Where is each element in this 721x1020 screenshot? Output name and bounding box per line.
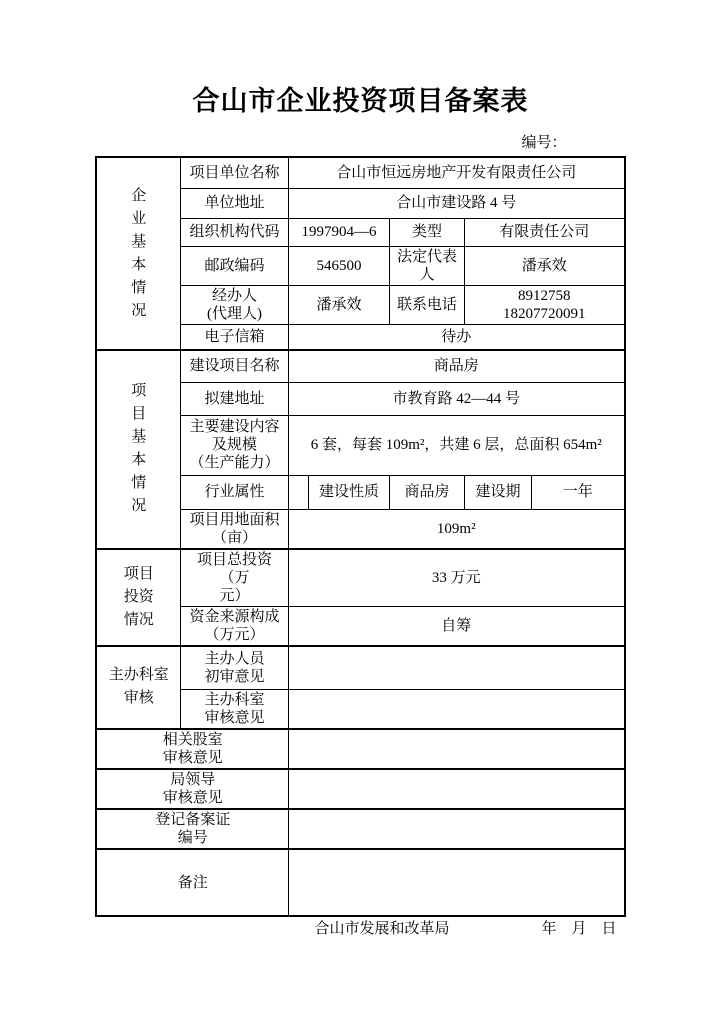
row-remarks: 备注 [96, 849, 624, 916]
legal-rep-label: 法定代表 人 [389, 246, 464, 285]
leader-review-label: 局领导 审核意见 [96, 769, 288, 809]
construction-period-value: 一年 [531, 475, 624, 509]
reference-number-label: 编号： [97, 134, 625, 152]
remarks-label: 备注 [96, 849, 288, 916]
related-review-label: 相关股室 审核意见 [96, 729, 288, 769]
initial-review-label: 主办人员 初审意见 [180, 646, 288, 690]
unit-name-label: 项目单位名称 [180, 157, 288, 188]
legal-rep-value: 潘承效 [464, 246, 624, 285]
org-type-label: 类型 [389, 218, 464, 246]
phone-value: 8912758 18207720091 [464, 285, 624, 324]
org-type-value: 有限责任公司 [464, 218, 624, 246]
construction-nature-label: 建设性质 [308, 475, 389, 509]
unit-name-value: 合山市恒远房地产开发有限责任公司 [288, 157, 624, 188]
funding-source-label: 资金来源构成 （万元） [180, 606, 288, 646]
org-code-value: 1997904—6 [288, 218, 389, 246]
page-title: 合山市企业投资项目备案表 [0, 0, 721, 118]
row-project-name: 项 目 基 本 情 况 建设项目名称 商品房 [96, 350, 624, 382]
industry-value [288, 475, 308, 509]
agent-value: 潘承效 [288, 285, 389, 324]
land-area-value: 109m² [288, 509, 624, 549]
leader-review-value [288, 769, 624, 809]
cert-number-label: 登记备案证 编号 [96, 809, 288, 849]
construction-nature-value: 商品房 [389, 475, 464, 509]
org-code-label: 组织机构代码 [180, 218, 288, 246]
row-related-review: 相关股室 审核意见 [96, 729, 624, 769]
construction-period-label: 建设期 [464, 475, 531, 509]
unit-address-label: 单位地址 [180, 188, 288, 218]
total-investment-label: 项目总投资（万 元） [180, 549, 288, 607]
document-page: 合山市企业投资项目备案表 编号： 企 业 基 本 情 况 项目单位名称 合山市恒… [0, 0, 721, 1020]
postal-code-value: 546500 [288, 246, 389, 285]
section-dept-review: 主办科室 审核 [96, 646, 180, 730]
email-label: 电子信箱 [180, 324, 288, 350]
total-investment-value: 33 万元 [288, 549, 624, 607]
initial-review-value [288, 646, 624, 690]
dept-review-label: 主办科室 审核意见 [180, 690, 288, 730]
email-value: 待办 [288, 324, 624, 350]
section-project-investment: 项目 投资 情况 [96, 549, 180, 646]
phone-label: 联系电话 [389, 285, 464, 324]
cert-number-value [288, 809, 624, 849]
site-address-label: 拟建地址 [180, 382, 288, 415]
section-enterprise-basic-info: 企 业 基 本 情 况 [96, 157, 180, 350]
footer: 合山市发展和改革局 年 月 日 [97, 920, 625, 938]
section-project-basic-info: 项 目 基 本 情 况 [96, 350, 180, 549]
industry-label: 行业属性 [180, 475, 288, 509]
row-initial-review: 主办科室 审核 主办人员 初审意见 [96, 646, 624, 690]
scale-value: 6 套，每套 109m²，共建 6 层，总面积 654m² [288, 415, 624, 475]
footer-agency: 合山市发展和改革局 [315, 920, 450, 938]
site-address-value: 市教育路 42—44 号 [288, 382, 624, 415]
remarks-value [288, 849, 624, 916]
funding-source-value: 自筹 [288, 606, 624, 646]
agent-label: 经办人 (代理人) [180, 285, 288, 324]
row-total-investment: 项目 投资 情况 项目总投资（万 元） 33 万元 [96, 549, 624, 607]
related-review-value [288, 729, 624, 769]
filing-form-table: 企 业 基 本 情 况 项目单位名称 合山市恒远房地产开发有限责任公司 单位地址… [95, 156, 625, 917]
land-area-label: 项目用地面积 （亩） [180, 509, 288, 549]
dept-review-value [288, 690, 624, 730]
row-cert-number: 登记备案证 编号 [96, 809, 624, 849]
footer-date: 年 月 日 [541, 920, 616, 938]
postal-code-label: 邮政编码 [180, 246, 288, 285]
project-name-label: 建设项目名称 [180, 350, 288, 382]
unit-address-value: 合山市建设路 4 号 [288, 188, 624, 218]
scale-label: 主要建设内容 及规模 （生产能力） [180, 415, 288, 475]
row-unit-name: 企 业 基 本 情 况 项目单位名称 合山市恒远房地产开发有限责任公司 [96, 157, 624, 188]
row-leader-review: 局领导 审核意见 [96, 769, 624, 809]
project-name-value: 商品房 [288, 350, 624, 382]
